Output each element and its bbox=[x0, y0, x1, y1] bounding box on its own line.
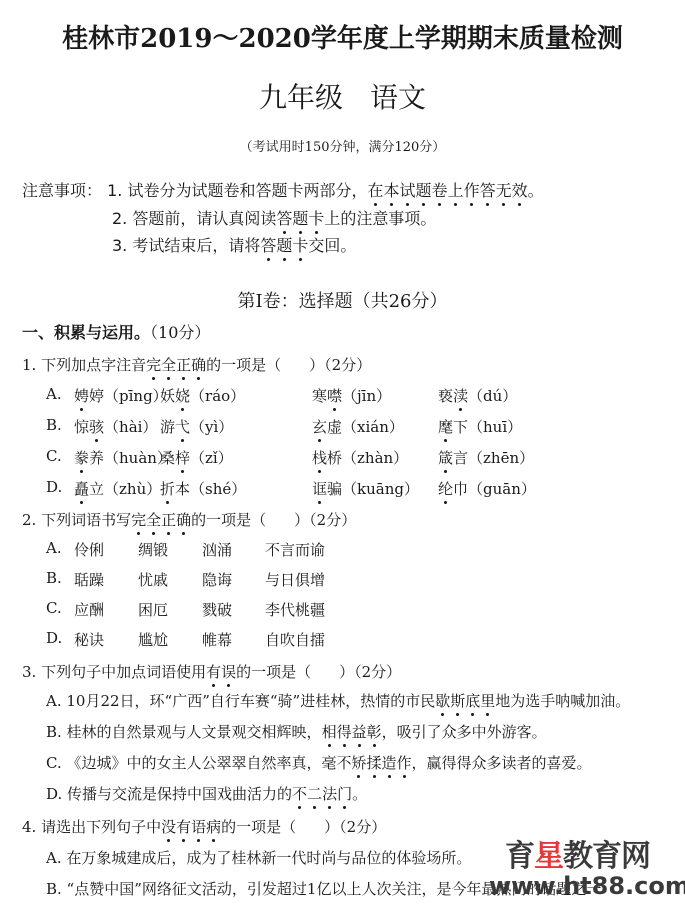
question-2-option-word: 戮破 bbox=[202, 599, 232, 620]
watermark-logo: 育星教育网 www.ht88.com bbox=[505, 842, 685, 900]
question-3-option: D. 传播与交流是保持中国戏曲活力的不二法门。 bbox=[46, 783, 367, 804]
question-1-option-item: 寒噤（jīn） bbox=[312, 385, 391, 406]
question-1-option-item: 矗立（zhù） bbox=[74, 478, 161, 499]
question-1-option-label: A. bbox=[46, 385, 62, 403]
question-3-option: B. 桂林的自然景观与人文景观交相辉映，相得益彰，吸引了众多中外游客。 bbox=[46, 721, 547, 742]
question-1-option-item: 诓骗（kuāng） bbox=[312, 478, 419, 499]
question-1-option-label: D. bbox=[46, 478, 62, 496]
notice-label: 注意事项： 1. 试卷分为试题卷和答题卡两部分，在本试题卷上作答无效。 bbox=[22, 178, 544, 201]
question-2-stem: 2. 下列词语书写完全正确的一项是（）（2分） bbox=[22, 509, 356, 530]
question-2-option-word: 帷幕 bbox=[202, 629, 232, 650]
question-2-option-word: 聒躁 bbox=[74, 569, 104, 590]
question-1-option-label: C. bbox=[46, 447, 62, 465]
part-title: 一、积累与运用。（10分） bbox=[22, 320, 210, 343]
question-3-option: A. 10月22日，环“广西”自行车赛“骑”进桂林，热情的市民歇斯底里地为选手呐… bbox=[46, 690, 630, 711]
question-2-option-word: 汹涌 bbox=[202, 539, 232, 560]
question-2-option-word: 困厄 bbox=[138, 599, 168, 620]
exam-title: 桂林市2019～2020学年度上学期期末质量检测 bbox=[0, 18, 685, 55]
notice-item-2: 2. 答题前，请认真阅读答题卡上的注意事项。 bbox=[112, 206, 436, 229]
question-1-option-item: 桑梓（zǐ） bbox=[160, 447, 233, 468]
notice-emphasis: 在本试题卷上作答无效 bbox=[367, 181, 527, 200]
question-1-option-item: 麾下（huī） bbox=[438, 416, 522, 437]
question-2-option-word: 隐诲 bbox=[202, 569, 232, 590]
grade-label: 九年级 bbox=[259, 81, 343, 114]
question-1-option-item: 折本（shé） bbox=[160, 478, 246, 499]
question-2-option-word: 与日俱增 bbox=[265, 569, 325, 590]
question-3-stem: 3. 下列句子中加点词语使用有误的一项是（）（2分） bbox=[22, 661, 401, 682]
question-1-option-item: 纶巾（guān） bbox=[438, 478, 536, 499]
question-2-option-word: 绸锻 bbox=[138, 539, 168, 560]
question-2-option-word: 不言而谕 bbox=[265, 539, 325, 560]
question-2-option-word: 秘诀 bbox=[74, 629, 104, 650]
question-1-option-item: 豢养（huàn） bbox=[74, 447, 172, 468]
question-1-stem: 1. 下列加点字注音完全正确的一项是（）（2分） bbox=[22, 354, 371, 375]
subject-label: 语文 bbox=[370, 81, 426, 114]
question-2-option-word: 伶俐 bbox=[74, 539, 104, 560]
question-1-option-item: 栈桥（zhàn） bbox=[312, 447, 408, 468]
question-1-option-item: 亵渎（dú） bbox=[438, 385, 517, 406]
question-2-option-word: 自吹自擂 bbox=[265, 629, 325, 650]
question-2-option-word: 应酬 bbox=[74, 599, 104, 620]
question-1-option-label: B. bbox=[46, 416, 62, 434]
question-2-option-word: 忧戚 bbox=[138, 569, 168, 590]
question-2-option-word: 尴尬 bbox=[138, 629, 168, 650]
notice-item-3: 3. 考试结束后，请将答题卡交回。 bbox=[112, 233, 356, 256]
question-1-option-item: 游弋（yì） bbox=[160, 416, 233, 437]
question-2-option-label: B. bbox=[46, 569, 62, 587]
question-1-option-item: 娉婷（pīng） bbox=[74, 385, 168, 406]
question-1-option-item: 惊骇（hài） bbox=[74, 416, 157, 437]
question-3-option: C. 《边城》中的女主人公翠翠自然率真，毫不矫揉造作，赢得得众多读者的喜爱。 bbox=[46, 752, 592, 773]
question-2-option-label: A. bbox=[46, 539, 62, 557]
question-1-option-item: 玄虚（xián） bbox=[312, 416, 404, 437]
exam-subtitle: 九年级 语文 bbox=[0, 76, 685, 116]
question-2-option-label: D. bbox=[46, 629, 62, 647]
question-1-option-item: 妖娆（ráo） bbox=[160, 385, 245, 406]
question-4-stem: 4. 请选出下列句子中没有语病的一项是（）（2分） bbox=[22, 816, 386, 837]
question-2-option-word: 李代桃疆 bbox=[265, 599, 325, 620]
exam-info: （考试用时150分钟，满分120分） bbox=[0, 136, 685, 155]
question-1-option-item: 箴言（zhēn） bbox=[438, 447, 534, 468]
question-4-option: A. 在万象城建成后，成为了桂林新一代时尚与品位的体验场所。 bbox=[46, 847, 471, 868]
section-title: 第Ⅰ卷：选择题（共26分） bbox=[0, 287, 685, 313]
question-2-option-label: C. bbox=[46, 599, 62, 617]
